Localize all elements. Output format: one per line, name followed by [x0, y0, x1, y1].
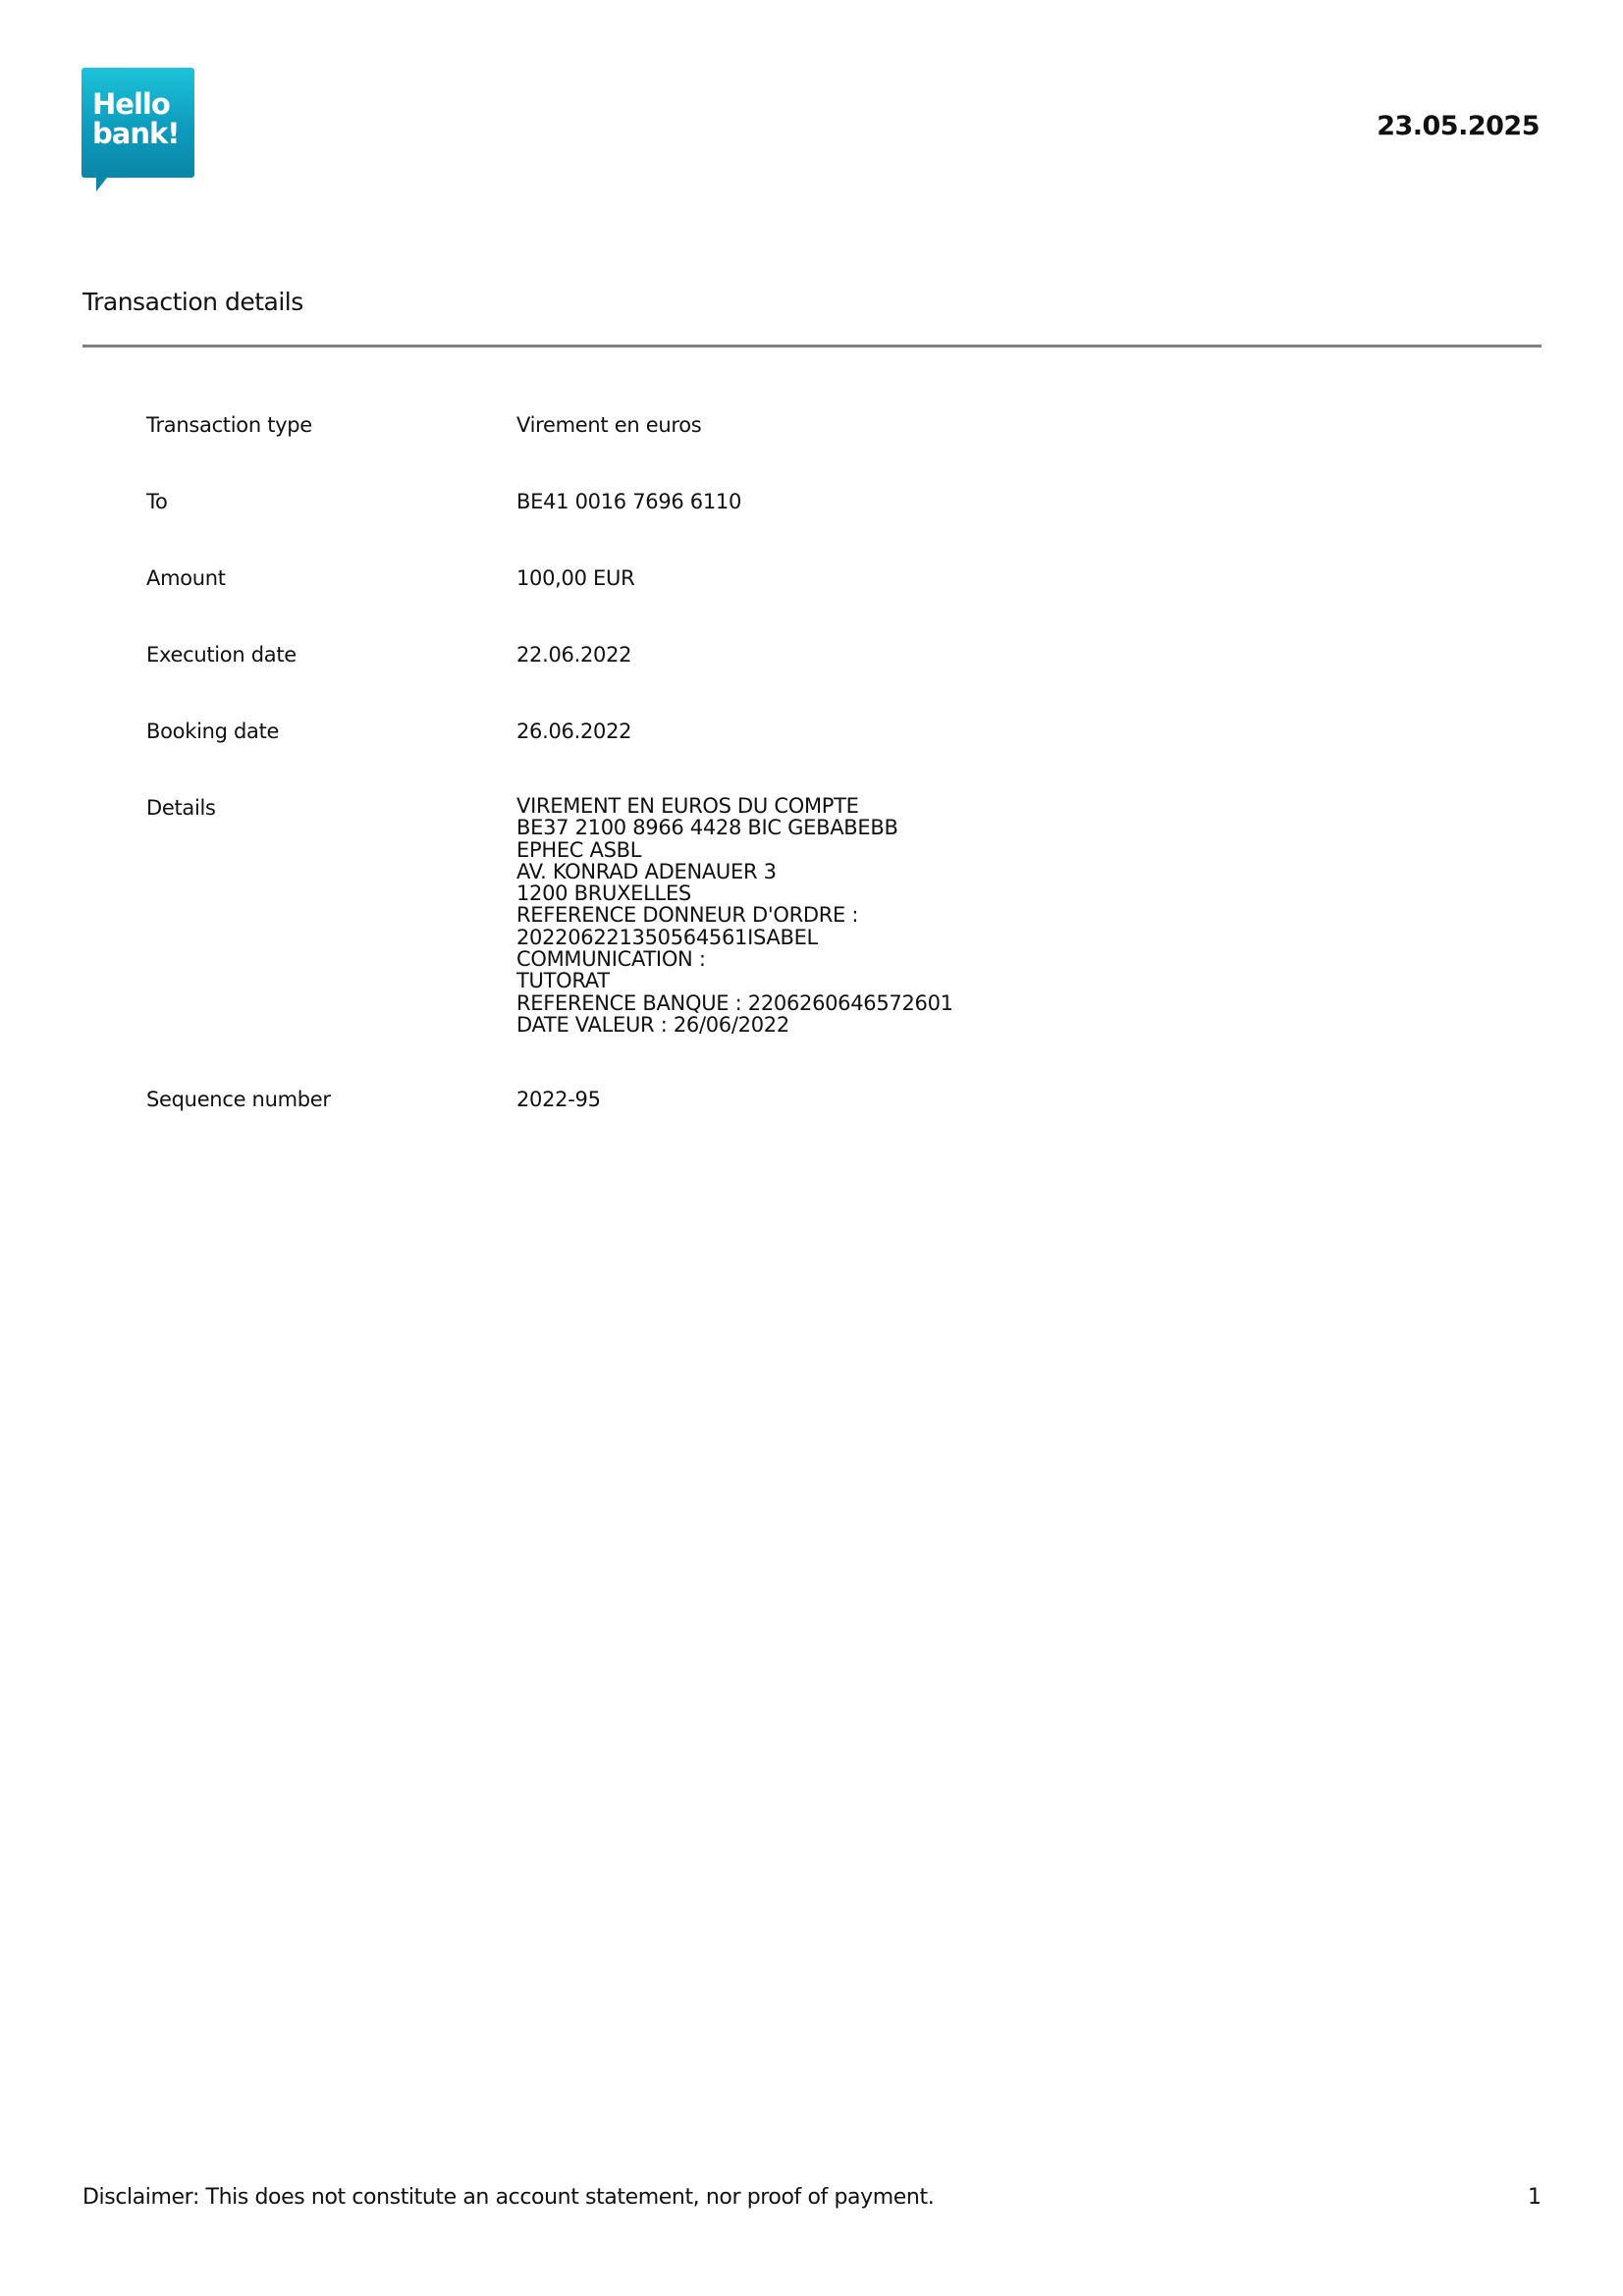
field-label: Sequence number — [146, 1087, 516, 1112]
field-value: 26.06.2022 — [516, 719, 631, 744]
details-line: VIREMENT EN EUROS DU COMPTE — [516, 795, 953, 817]
row-to: To BE41 0016 7696 6110 — [146, 489, 1423, 514]
disclaimer: Disclaimer: This does not constitute an … — [82, 2185, 934, 2210]
field-label: Amount — [146, 565, 516, 591]
speech-bubble-tail-icon — [96, 178, 107, 191]
field-label: Booking date — [146, 719, 516, 744]
transaction-details-table: Transaction type Virement en euros To BE… — [146, 412, 1423, 1163]
details-line: BE37 2100 8966 4428 BIC GEBABEBB — [516, 817, 953, 838]
field-value: 2022-95 — [516, 1087, 601, 1112]
details-line: TUTORAT — [516, 970, 953, 991]
logo-text-line1: Hello — [92, 89, 194, 119]
field-label: Execution date — [146, 642, 516, 667]
details-line: REFERENCE BANQUE : 2206260646572601 — [516, 992, 953, 1014]
field-value: BE41 0016 7696 6110 — [516, 489, 741, 514]
details-line: 1200 BRUXELLES — [516, 882, 953, 904]
title-separator — [82, 345, 1542, 347]
field-label: Details — [146, 795, 516, 821]
row-sequence-number: Sequence number 2022-95 — [146, 1087, 1423, 1112]
row-transaction-type: Transaction type Virement en euros — [146, 412, 1423, 438]
field-label: Transaction type — [146, 412, 516, 438]
page-title: Transaction details — [82, 288, 303, 316]
details-line: 202206221350564561ISABEL — [516, 927, 953, 948]
logo-text-line2: bank! — [92, 119, 194, 148]
details-line: AV. KONRAD ADENAUER 3 — [516, 861, 953, 882]
print-date: 23.05.2025 — [1377, 111, 1540, 141]
details-line: COMMUNICATION : — [516, 948, 953, 970]
field-label: To — [146, 489, 516, 514]
field-value: 22.06.2022 — [516, 642, 631, 667]
row-details: Details VIREMENT EN EUROS DU COMPTE BE37… — [146, 795, 1423, 1036]
details-line: REFERENCE DONNEUR D'ORDRE : — [516, 904, 953, 926]
page-number: 1 — [1528, 2185, 1542, 2210]
details-value: VIREMENT EN EUROS DU COMPTE BE37 2100 89… — [516, 795, 953, 1036]
details-line: EPHEC ASBL — [516, 839, 953, 861]
hello-bank-logo: Hello bank! — [81, 68, 194, 178]
row-booking-date: Booking date 26.06.2022 — [146, 719, 1423, 744]
row-execution-date: Execution date 22.06.2022 — [146, 642, 1423, 667]
field-value: 100,00 EUR — [516, 565, 634, 591]
details-line: DATE VALEUR : 26/06/2022 — [516, 1014, 953, 1036]
row-amount: Amount 100,00 EUR — [146, 565, 1423, 591]
field-value: Virement en euros — [516, 412, 701, 438]
